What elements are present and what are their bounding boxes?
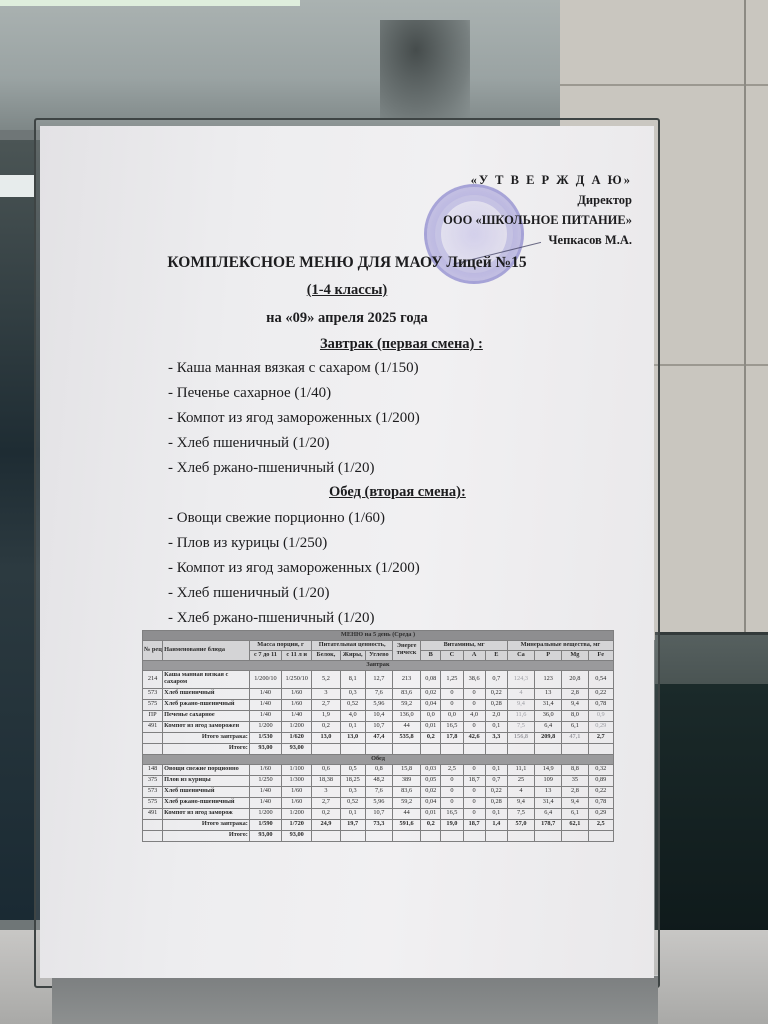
table-cell: 2,5 xyxy=(441,764,463,775)
table-row: 491Компот из ягод заморожен1/2001/2000,2… xyxy=(143,721,614,732)
table-cell: 11,1 xyxy=(507,764,534,775)
table-cell: 0,1 xyxy=(485,764,507,775)
table-cell: 18,7 xyxy=(463,775,485,786)
table-cell: 59,2 xyxy=(392,797,420,808)
nutrition-table-body: Завтрак214Каша манная вязкая с сахаром1/… xyxy=(143,660,614,841)
table-cell: 44 xyxy=(392,721,420,732)
table-cell: 209,8 xyxy=(535,732,562,743)
sign-holder-base xyxy=(52,975,658,1024)
table-cell: ПР xyxy=(143,710,163,721)
table-cell: 10,4 xyxy=(365,710,392,721)
breakfast-item: - Хлеб ржано-пшеничный (1/20) xyxy=(168,456,420,481)
table-cell: Хлеб пшеничный xyxy=(163,688,250,699)
table-cell: 6,4 xyxy=(535,721,562,732)
table-cell: Хлеб ржано-пшеничный xyxy=(163,699,250,710)
table-cell: 535,8 xyxy=(392,732,420,743)
lunch-item: - Хлеб пшеничный (1/20) xyxy=(168,581,420,606)
table-cell xyxy=(340,743,365,754)
table-cell: 0,2 xyxy=(421,819,441,830)
breakfast-heading: Завтрак (первая смена) : xyxy=(320,336,483,353)
ceiling-light xyxy=(0,0,300,6)
table-cell: 4 xyxy=(507,688,534,699)
table-cell xyxy=(588,830,613,841)
table-cell: Печенье сахарное xyxy=(163,710,250,721)
table-cell: 573 xyxy=(143,786,163,797)
table-cell: 1/200/10 xyxy=(249,670,281,688)
table-cell: 0 xyxy=(463,699,485,710)
table-cell: 2,8 xyxy=(562,786,588,797)
table-cell: 1/40 xyxy=(282,710,312,721)
table-cell: 19,0 xyxy=(441,819,463,830)
background-light xyxy=(0,175,36,197)
decorative-tile-border xyxy=(655,632,768,684)
table-cell xyxy=(365,830,392,841)
table-cell: 0 xyxy=(463,721,485,732)
table-cell: 0,52 xyxy=(340,797,365,808)
table-cell: 9,4 xyxy=(562,797,588,808)
table-cell: 0,29 xyxy=(588,808,613,819)
table-cell xyxy=(535,830,562,841)
table-cell: 59,2 xyxy=(392,699,420,710)
table-cell: 13,0 xyxy=(312,732,340,743)
table-cell: 0 xyxy=(463,786,485,797)
table-cell: 491 xyxy=(143,808,163,819)
table-cell: 1/200 xyxy=(249,808,281,819)
table-cell: 2,7 xyxy=(588,732,613,743)
table-cell: 0,22 xyxy=(588,688,613,699)
section-row: Обед xyxy=(143,754,614,764)
table-cell xyxy=(463,743,485,754)
table-cell: 0,6 xyxy=(312,764,340,775)
table-cell: 9,4 xyxy=(507,699,534,710)
table-cell: 5,96 xyxy=(365,797,392,808)
table-cell: 1/100 xyxy=(282,764,312,775)
breakfast-item: - Печенье сахарное (1/40) xyxy=(168,381,420,406)
table-cell: 0,2 xyxy=(312,721,340,732)
table-cell: 1,9 xyxy=(312,710,340,721)
table-row: 573Хлеб пшеничный1/401/6030,37,683,60,02… xyxy=(143,688,614,699)
table-cell: 1/720 xyxy=(282,819,312,830)
col-portion-mass: Масса порции, г xyxy=(249,640,311,650)
table-cell: 0,2 xyxy=(312,808,340,819)
col-mass-11-plus: с 11 л и xyxy=(282,650,312,660)
table-cell: 0,22 xyxy=(485,688,507,699)
table-cell: 213 xyxy=(392,670,420,688)
table-cell: 2,8 xyxy=(562,688,588,699)
lunch-item: - Плов из курицы (1/250) xyxy=(168,531,420,556)
table-cell: 93,00 xyxy=(282,830,312,841)
col-p: P xyxy=(535,650,562,660)
lunch-item: - Овощи свежие порционно (1/60) xyxy=(168,506,420,531)
table-cell: 10,7 xyxy=(365,808,392,819)
col-vit-a: A xyxy=(463,650,485,660)
table-cell: 1/60 xyxy=(282,786,312,797)
table-cell: Компот из ягод заморож xyxy=(163,808,250,819)
col-protein: Белок, xyxy=(312,650,340,660)
table-cell: 0,1 xyxy=(340,721,365,732)
table-cell: 0 xyxy=(463,764,485,775)
table-cell: 93,00 xyxy=(282,743,312,754)
table-cell: 1/200 xyxy=(282,808,312,819)
table-cell: 31,4 xyxy=(535,699,562,710)
table-cell: 57,0 xyxy=(507,819,534,830)
table-cell: 178,7 xyxy=(535,819,562,830)
table-cell: Итого завтрака: xyxy=(163,819,250,830)
table-cell: 62,1 xyxy=(562,819,588,830)
table-cell: 0,0 xyxy=(441,710,463,721)
table-cell: 0 xyxy=(441,797,463,808)
table-cell: 7,5 xyxy=(507,808,534,819)
table-cell xyxy=(392,743,420,754)
table-cell: 20,8 xyxy=(562,670,588,688)
table-cell: 6,1 xyxy=(562,721,588,732)
table-cell xyxy=(562,830,588,841)
table-cell: 109 xyxy=(535,775,562,786)
table-cell: 4,0 xyxy=(340,710,365,721)
table-cell: 1/250/10 xyxy=(282,670,312,688)
nutrition-table: МЕНЮ на 5 день (Среда ) № рец. Наименова… xyxy=(142,630,614,842)
lunch-heading: Обед (вторая смена): xyxy=(329,484,466,501)
table-cell: 93,00 xyxy=(249,743,281,754)
table-cell xyxy=(588,743,613,754)
col-mg: Mg xyxy=(562,650,588,660)
table-cell: 156,8 xyxy=(507,732,534,743)
table-cell: 0,32 xyxy=(588,764,613,775)
table-cell: 0,0 xyxy=(421,710,441,721)
col-minerals: Минеральные вещества, мг xyxy=(507,640,613,650)
menu-sheet: «У Т В Е Р Ж Д А Ю» Директор ООО «ШКОЛЬН… xyxy=(40,126,654,978)
table-cell: 1/590 xyxy=(249,819,281,830)
table-cell: Итого завтрака: xyxy=(163,732,250,743)
table-cell xyxy=(441,830,463,841)
table-cell: 591,6 xyxy=(392,819,420,830)
table-cell: 0,78 xyxy=(588,699,613,710)
table-cell xyxy=(143,830,163,841)
table-cell: 0,2 xyxy=(421,732,441,743)
approval-organization: ООО «ШКОЛЬНОЕ ПИТАНИЕ» xyxy=(443,210,632,230)
table-cell: 214 xyxy=(143,670,163,688)
table-cell: 0,89 xyxy=(588,775,613,786)
subtotal-row: Итого завтрака:1/5301/62013,013,047,4535… xyxy=(143,732,614,743)
table-cell: 8,8 xyxy=(562,764,588,775)
lunch-item: - Хлеб ржано-пшеничный (1/20) xyxy=(168,606,420,631)
section-row: Завтрак xyxy=(143,660,614,670)
table-cell: 0,29 xyxy=(588,721,613,732)
breakfast-item: - Каша манная вязкая с сахаром (1/150) xyxy=(168,356,420,381)
table-row: 214Каша манная вязкая с сахаром1/200/101… xyxy=(143,670,614,688)
total-row: Итого:93,0093,00 xyxy=(143,743,614,754)
table-cell: 0,22 xyxy=(485,786,507,797)
total-row: Итого:93,0093,00 xyxy=(143,830,614,841)
table-cell: 3 xyxy=(312,786,340,797)
approval-position: Директор xyxy=(443,190,632,210)
col-energy: Энерге тическ xyxy=(392,640,420,660)
table-cell: 6,1 xyxy=(562,808,588,819)
table-cell: 0,8 xyxy=(365,764,392,775)
table-cell: 4,0 xyxy=(463,710,485,721)
table-cell: 0,5 xyxy=(340,764,365,775)
table-cell: 4 xyxy=(507,786,534,797)
approval-block: «У Т В Е Р Ж Д А Ю» Директор ООО «ШКОЛЬН… xyxy=(443,170,632,250)
table-cell xyxy=(441,743,463,754)
table-cell: 1/200 xyxy=(282,721,312,732)
table-cell: 0,08 xyxy=(421,670,441,688)
table-cell: 48,2 xyxy=(365,775,392,786)
table-cell: 5,2 xyxy=(312,670,340,688)
table-cell: 24,9 xyxy=(312,819,340,830)
breakfast-list: - Каша манная вязкая с сахаром (1/150)- … xyxy=(168,356,420,481)
table-row: 575Хлеб ржано-пшеничный1/401/602,70,525,… xyxy=(143,699,614,710)
table-cell: 1/250 xyxy=(249,775,281,786)
table-cell: 1/60 xyxy=(249,764,281,775)
table-cell: 124,3 xyxy=(507,670,534,688)
table-cell: 0,22 xyxy=(588,786,613,797)
table-cell: 10,7 xyxy=(365,721,392,732)
table-cell xyxy=(463,830,485,841)
table-cell: 0,03 xyxy=(421,764,441,775)
table-cell xyxy=(392,830,420,841)
table-cell: 9,4 xyxy=(562,699,588,710)
table-cell: 13 xyxy=(535,786,562,797)
table-cell xyxy=(485,743,507,754)
table-cell: 47,1 xyxy=(562,732,588,743)
table-cell: 0 xyxy=(441,775,463,786)
table-row: ПРПеченье сахарное1/401/401,94,010,4136,… xyxy=(143,710,614,721)
table-cell: 0 xyxy=(441,786,463,797)
table-cell: 5,96 xyxy=(365,699,392,710)
table-cell xyxy=(562,743,588,754)
table-cell: 38,6 xyxy=(463,670,485,688)
table-cell: 0,1 xyxy=(340,808,365,819)
table-cell: 1/300 xyxy=(282,775,312,786)
table-cell: 0,1 xyxy=(485,721,507,732)
table-cell: 0,52 xyxy=(340,699,365,710)
col-vit-b: B xyxy=(421,650,441,660)
table-cell: 15,8 xyxy=(392,764,420,775)
table-cell: 1/40 xyxy=(249,797,281,808)
table-cell xyxy=(312,743,340,754)
table-cell: 123 xyxy=(535,670,562,688)
table-cell: 3 xyxy=(312,688,340,699)
table-cell: 1/40 xyxy=(249,688,281,699)
table-row: 375Плов из курицы1/2501/30018,3818,2548,… xyxy=(143,775,614,786)
table-cell: Компот из ягод заморожен xyxy=(163,721,250,732)
lunch-list: - Овощи свежие порционно (1/60)- Плов из… xyxy=(168,506,420,631)
table-cell: 0,01 xyxy=(421,721,441,732)
table-cell: 17,8 xyxy=(441,732,463,743)
table-cell: 0,3 xyxy=(340,688,365,699)
table-cell: 7,6 xyxy=(365,688,392,699)
table-cell: 1/530 xyxy=(249,732,281,743)
table-cell: 1,4 xyxy=(485,819,507,830)
col-fe: Fe xyxy=(588,650,613,660)
table-cell: 1/60 xyxy=(282,699,312,710)
table-cell: 1/60 xyxy=(282,797,312,808)
table-cell: 0 xyxy=(463,688,485,699)
lunch-item: - Компот из ягод замороженных (1/200) xyxy=(168,556,420,581)
table-cell xyxy=(143,743,163,754)
table-cell: 36,0 xyxy=(535,710,562,721)
table-cell xyxy=(507,743,534,754)
table-cell: 2,0 xyxy=(485,710,507,721)
table-cell: 1/620 xyxy=(282,732,312,743)
col-fat: Жиры, xyxy=(340,650,365,660)
table-cell: 0,7 xyxy=(485,775,507,786)
table-cell: 2,7 xyxy=(312,797,340,808)
table-cell: 12,7 xyxy=(365,670,392,688)
table-cell: 11,6 xyxy=(507,710,534,721)
table-cell: 389 xyxy=(392,775,420,786)
table-cell: 35 xyxy=(562,775,588,786)
breakfast-item: - Компот из ягод замороженных (1/200) xyxy=(168,406,420,431)
table-cell: 7,6 xyxy=(365,786,392,797)
table-cell: 1/40 xyxy=(249,699,281,710)
table-cell: 25 xyxy=(507,775,534,786)
table-cell: 0,78 xyxy=(588,797,613,808)
table-cell: Итого: xyxy=(163,830,250,841)
table-cell: 16,5 xyxy=(441,721,463,732)
table-row: 573Хлеб пшеничный1/401/6030,37,683,60,02… xyxy=(143,786,614,797)
approval-heading: «У Т В Е Р Ж Д А Ю» xyxy=(443,170,632,190)
table-cell: Итого: xyxy=(163,743,250,754)
col-recipe-no: № рец. xyxy=(143,640,163,660)
table-cell: 575 xyxy=(143,797,163,808)
table-row: 491Компот из ягод заморож1/2001/2000,20,… xyxy=(143,808,614,819)
table-cell: 0,02 xyxy=(421,786,441,797)
table-cell: 18,7 xyxy=(463,819,485,830)
table-cell: 44 xyxy=(392,808,420,819)
table-cell: 136,0 xyxy=(392,710,420,721)
table-cell: 2,5 xyxy=(588,819,613,830)
table-cell: 0,54 xyxy=(588,670,613,688)
background-shadow xyxy=(380,20,470,120)
table-cell: 573 xyxy=(143,688,163,699)
table-cell xyxy=(365,743,392,754)
table-cell: 0 xyxy=(463,797,485,808)
table-cell: 6,4 xyxy=(535,808,562,819)
dark-wall-panel xyxy=(655,684,768,934)
table-cell xyxy=(143,732,163,743)
col-carbs: Углево xyxy=(365,650,392,660)
table-cell: 1/40 xyxy=(249,710,281,721)
col-mass-7-11: с 7 до 11 xyxy=(249,650,281,660)
table-cell: 19,7 xyxy=(340,819,365,830)
table-caption: МЕНЮ на 5 день (Среда ) xyxy=(143,631,614,641)
table-cell: 83,6 xyxy=(392,688,420,699)
table-cell xyxy=(421,830,441,841)
table-cell: 0,9 xyxy=(588,710,613,721)
col-dish-name: Наименование блюда xyxy=(163,640,250,660)
table-cell xyxy=(340,830,365,841)
table-cell: 1/60 xyxy=(282,688,312,699)
approval-signatory: Чепкасов М.А. xyxy=(443,230,632,250)
table-cell: 0,1 xyxy=(485,808,507,819)
table-cell: 148 xyxy=(143,764,163,775)
table-cell: 0 xyxy=(441,688,463,699)
table-cell xyxy=(535,743,562,754)
table-cell: 14,9 xyxy=(535,764,562,775)
col-vit-c: C xyxy=(441,650,463,660)
table-cell: Овощи свежие порционно xyxy=(163,764,250,775)
table-cell xyxy=(507,830,534,841)
table-cell: 83,6 xyxy=(392,786,420,797)
table-cell: 16,5 xyxy=(441,808,463,819)
table-cell: 13 xyxy=(535,688,562,699)
table-cell: 42,6 xyxy=(463,732,485,743)
table-row: 148Овощи свежие порционно1/601/1000,60,5… xyxy=(143,764,614,775)
background-wall xyxy=(0,0,560,130)
table-cell: 0,02 xyxy=(421,688,441,699)
table-cell: 93,00 xyxy=(249,830,281,841)
table-cell: 2,7 xyxy=(312,699,340,710)
table-cell: 13,0 xyxy=(340,732,365,743)
table-cell: 0,04 xyxy=(421,699,441,710)
subtotal-row: Итого завтрака:1/5901/72024,919,773,3591… xyxy=(143,819,614,830)
document-title: КОМПЛЕКСНОЕ МЕНЮ ДЛЯ МАОУ Лицей №15 xyxy=(40,254,654,272)
table-cell: 375 xyxy=(143,775,163,786)
col-ca: Ca xyxy=(507,650,534,660)
table-cell: 18,25 xyxy=(340,775,365,786)
table-cell: 0,28 xyxy=(485,699,507,710)
table-cell: 9,4 xyxy=(507,797,534,808)
col-nutrition: Питательная ценность, xyxy=(312,640,393,650)
table-cell: 8,1 xyxy=(340,670,365,688)
table-cell: 491 xyxy=(143,721,163,732)
table-cell: 3,3 xyxy=(485,732,507,743)
table-cell: 7,5 xyxy=(507,721,534,732)
table-cell: 1/200 xyxy=(249,721,281,732)
table-cell: 1/40 xyxy=(249,786,281,797)
table-cell xyxy=(143,819,163,830)
table-cell: 0,05 xyxy=(421,775,441,786)
table-cell: Каша манная вязкая с сахаром xyxy=(163,670,250,688)
table-cell: 0,7 xyxy=(485,670,507,688)
table-cell: 47,4 xyxy=(365,732,392,743)
table-cell: 73,3 xyxy=(365,819,392,830)
table-cell: 31,4 xyxy=(535,797,562,808)
table-cell: 0 xyxy=(463,808,485,819)
table-cell xyxy=(312,830,340,841)
table-cell: Обед xyxy=(143,754,614,764)
table-cell: 575 xyxy=(143,699,163,710)
grades-label: (1-4 классы) xyxy=(40,282,654,299)
table-cell: 0,28 xyxy=(485,797,507,808)
table-row: 575Хлеб ржано-пшеничный1/401/602,70,525,… xyxy=(143,797,614,808)
table-cell: 1,25 xyxy=(441,670,463,688)
table-cell: 0,01 xyxy=(421,808,441,819)
breakfast-item: - Хлеб пшеничный (1/20) xyxy=(168,431,420,456)
table-cell xyxy=(421,743,441,754)
table-cell: Хлеб пшеничный xyxy=(163,786,250,797)
col-vit-e: E xyxy=(485,650,507,660)
table-cell: Плов из курицы xyxy=(163,775,250,786)
table-cell: Завтрак xyxy=(143,660,614,670)
table-cell: 8,0 xyxy=(562,710,588,721)
table-cell: 0,04 xyxy=(421,797,441,808)
menu-date: на «09» апреля 2025 года xyxy=(40,310,654,327)
table-cell: 0,3 xyxy=(340,786,365,797)
table-cell: Хлеб ржано-пшеничный xyxy=(163,797,250,808)
col-vitamins: Витамины, мг xyxy=(421,640,508,650)
table-cell: 18,38 xyxy=(312,775,340,786)
table-cell xyxy=(485,830,507,841)
table-cell: 0 xyxy=(441,699,463,710)
